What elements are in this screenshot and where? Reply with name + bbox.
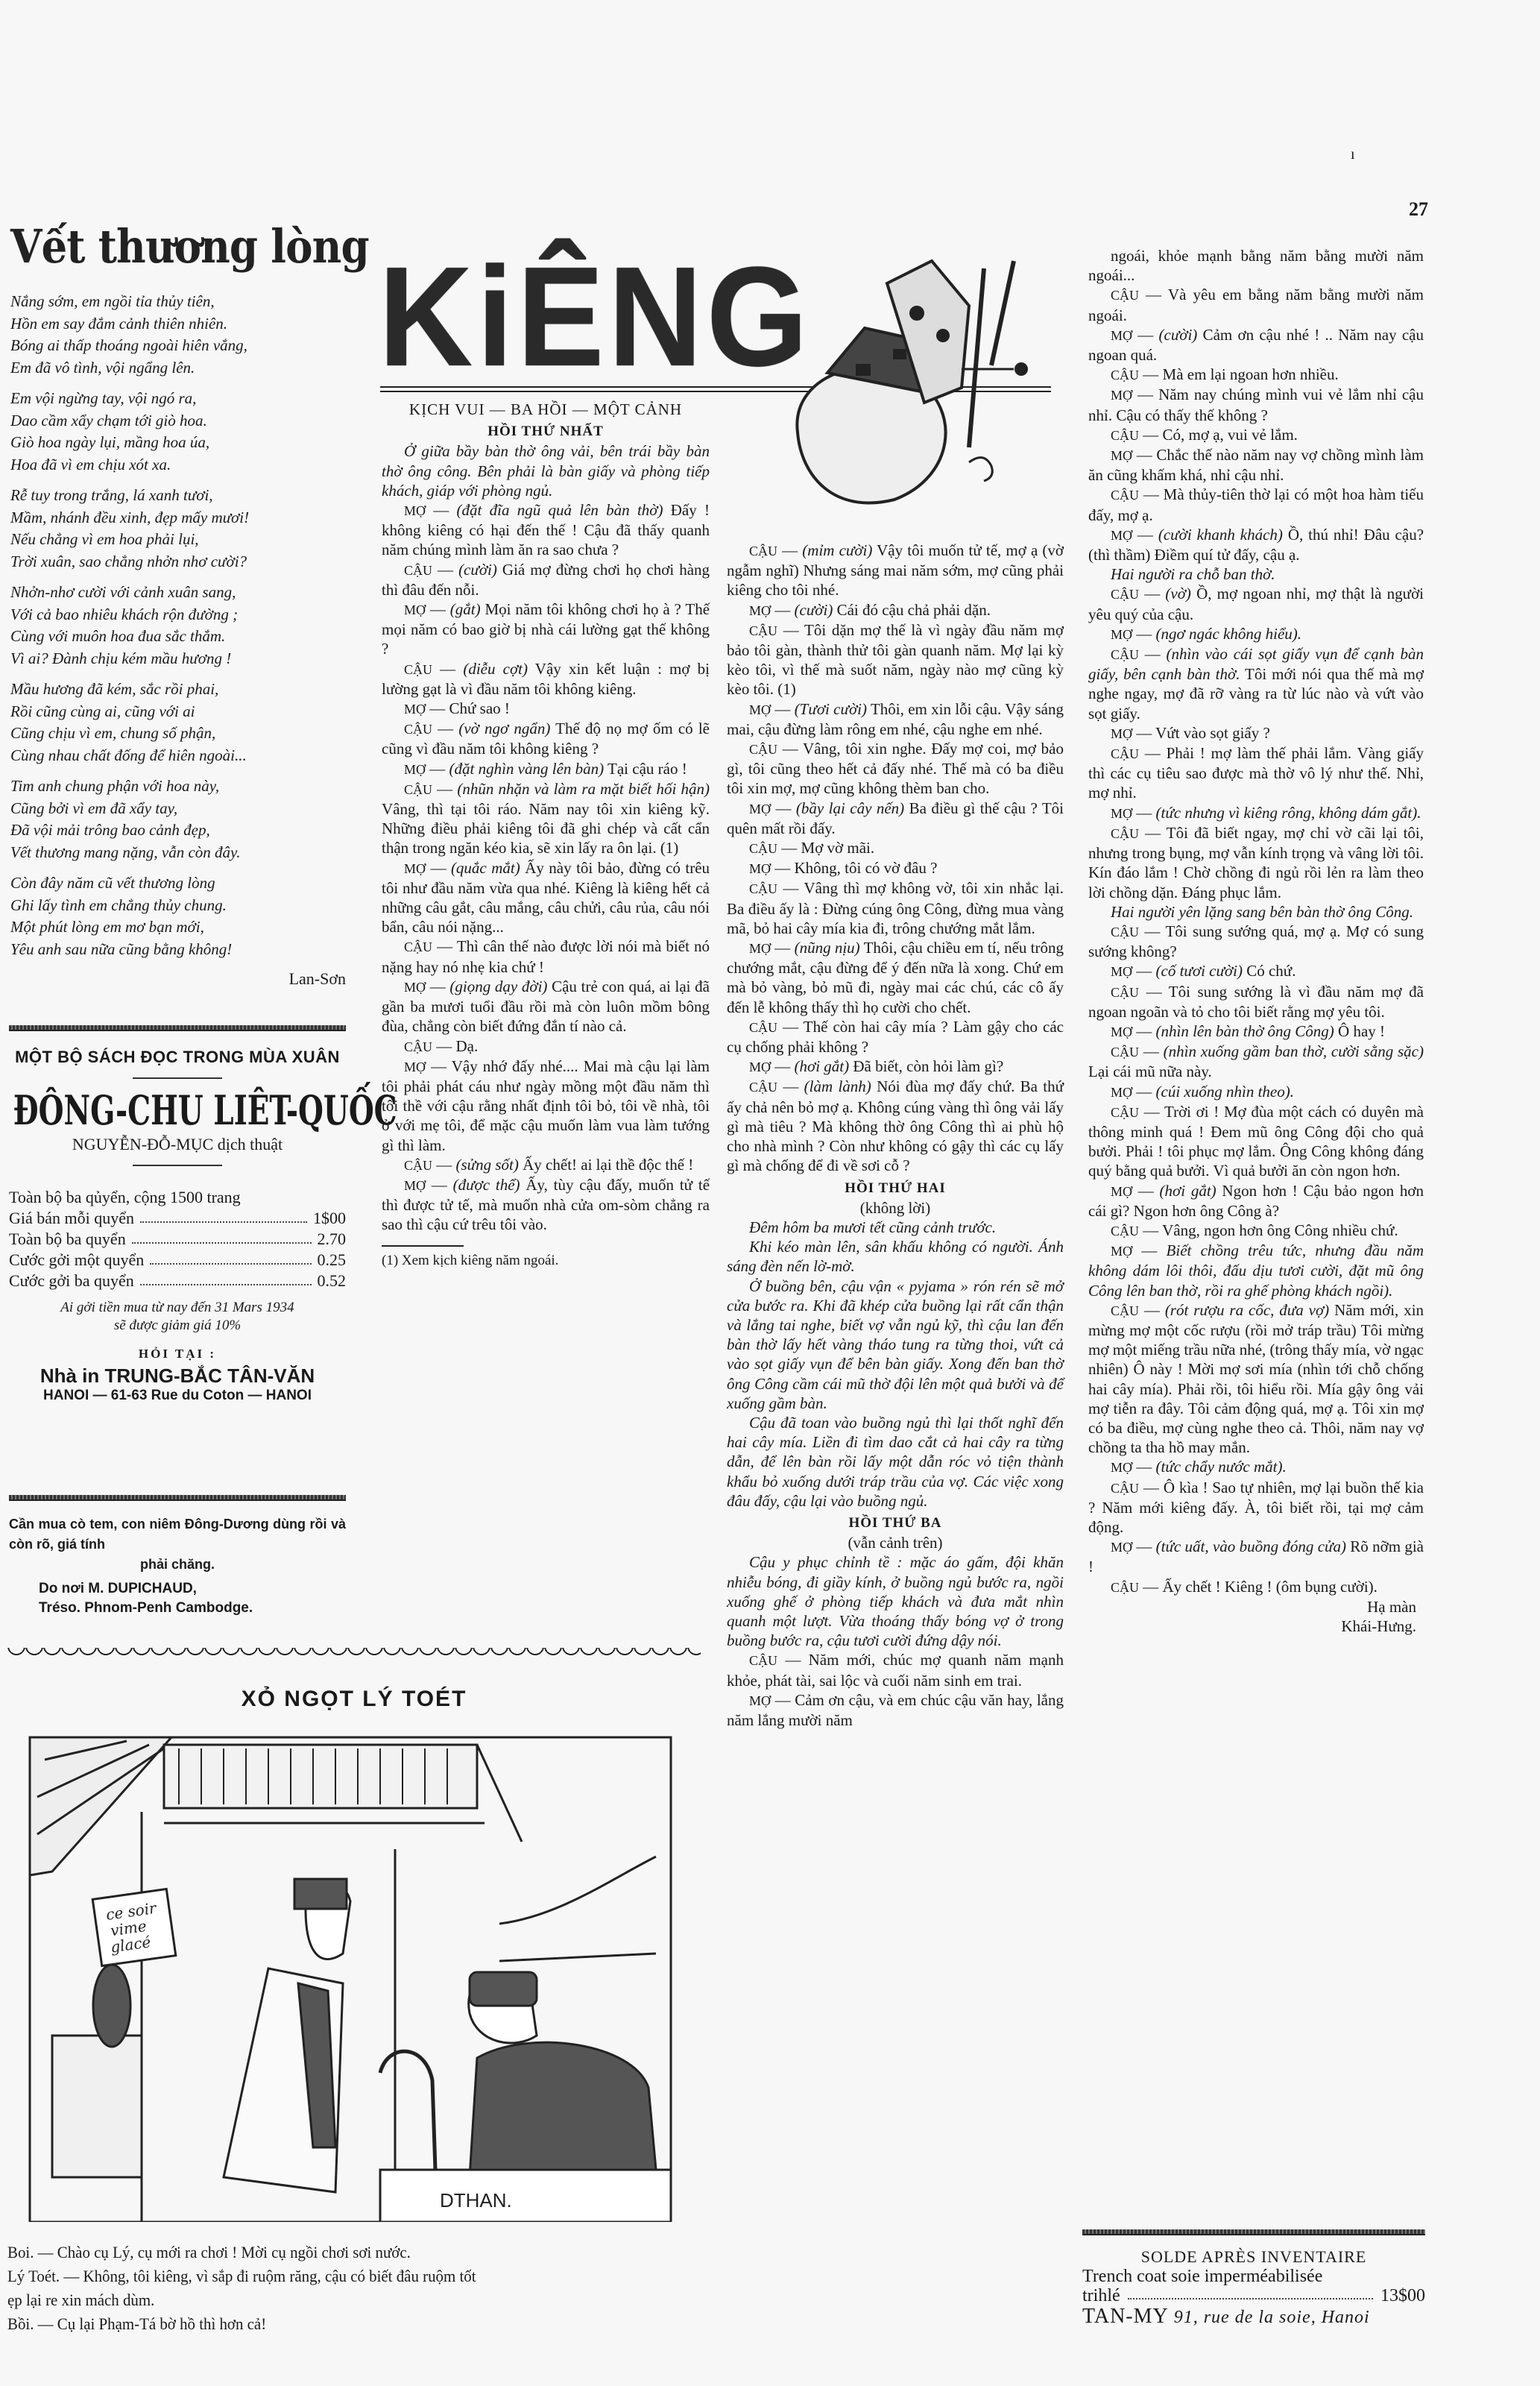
dialogue-line: MỢ — Chắc thế nào năm nay vợ chồng mình … (1088, 445, 1424, 485)
act-3-note: (vẫn cảnh trên) (727, 1533, 1064, 1552)
dialogue-line: MỢ — Vứt vào sọt giấy ? (1088, 723, 1424, 743)
stamp-ad-body-end: phải chăng. (9, 1555, 346, 1575)
speaker-label: MỢ (749, 1693, 771, 1708)
dialogue-line: CẬU — Tôi sung sướng là vì đầu năm mợ đã… (1088, 982, 1424, 1022)
poem-line: Cũng bởi vì em đã xẩy tay, (10, 798, 346, 820)
poem-line: Vì ai? Đành chịu kém mầu hương ! (10, 648, 346, 670)
stamp-advertisement: Cần mua cò tem, con niêm Đông-Dương dùng… (9, 1495, 346, 1618)
dialogue-text: Ấy, tùy cậu đấy, muốn tử tế thì được tử … (382, 1176, 710, 1233)
cartoon-illustration-icon: ce soir vime glacé DTHAN. (22, 1730, 678, 2222)
speaker-label: CẬU (1111, 1224, 1139, 1238)
discount-note: Ai gởi tiền mua từ nay đến 31 Mars 1934 … (9, 1299, 346, 1335)
leader-dots (140, 1208, 307, 1223)
poem-author: Lan-Sơn (10, 968, 346, 990)
speaker-label: CẬU (749, 1653, 777, 1668)
act-2-paragraph: Khi kéo màn lên, sân khấu không có người… (727, 1237, 1064, 1276)
price-label: Toàn bộ ba quyển (9, 1229, 126, 1250)
dialogue-line: Hai người ra chỗ ban thờ. (1088, 564, 1424, 584)
dialogue-line: MỢ — Biết chồng trêu tức, nhưng đầu năm … (1088, 1241, 1424, 1300)
stage-direction: (cười khanh khách) (1158, 526, 1283, 544)
speaker-label: CẬU (1111, 1105, 1139, 1120)
dialogue-line: MỢ — (ngơ ngác không hiểu). (1088, 624, 1424, 644)
poem-stanza: Nắng sớm, em ngồi tỉa thủy tiên,Hồn em s… (10, 291, 346, 379)
dialogue-text: Thế còn hai cây mía ? Làm gậy cho các cụ… (727, 1018, 1064, 1056)
speaker-label: CẬU (749, 881, 777, 896)
margin-mark: ı (1351, 146, 1355, 163)
stage-direction: (mỉm cười) (802, 541, 872, 559)
dialogue-text: Vâng, thì tại tôi ráo. Năm nay tôi xin k… (382, 800, 710, 857)
coat-ad-price: 13$00 (1380, 2286, 1425, 2305)
dialogue-line: MỢ — (cố tươi cười) Có chứ. (1088, 961, 1424, 981)
price-intro-text: Toàn bộ ba qủyển, cộng 1500 trang (9, 1187, 241, 1208)
coat-ad-headline: SOLDE APRÈS INVENTAIRE (1082, 2247, 1425, 2267)
ornamental-divider (9, 1495, 346, 1501)
speaker-label: CẬU (404, 782, 432, 797)
cartoon-caption: Boi. — Chào cụ Lý, cụ mới ra chơi ! Mời … (7, 2241, 666, 2336)
speaker-label: CẬU (1111, 488, 1139, 503)
poem-stanza: Mầu hương đã kém, sắc rồi phai,Rồi cũng … (10, 679, 346, 767)
speaker-label: MỢ (1111, 1460, 1132, 1475)
dialogue-line: MỢ — Vậy nhớ đấy nhé.... Mai mà cậu lại … (382, 1057, 710, 1155)
act-1-heading: HỒI THỨ NHẤT (382, 422, 710, 441)
speaker-label: CẬU (1111, 368, 1139, 383)
speaker-label: MỢ (749, 702, 771, 717)
poem-line: Trời xuân, sao chẳng nhởn nhơ cười? (10, 551, 346, 573)
dialogue-line: CẬU — Vâng, tôi xin nghe. Đấy mợ coi, mợ… (727, 739, 1064, 799)
poem-line: Bóng ai thấp thoáng ngoài hiên vắng, (10, 335, 346, 357)
stage-direction: (nũng nịu) (795, 939, 860, 957)
poem-line: Rồi cũng cùng ai, cũng với ai (10, 701, 346, 723)
dialogue-line: CẬU — (diễu cợt) Vậy xin kết luận : mợ b… (382, 659, 710, 699)
price-row: Cước gởi một quyển0.25 (9, 1250, 346, 1271)
dialogue-line: MỢ — (đặt đĩa ngũ quả lên bàn thờ) Đấy !… (382, 500, 710, 560)
dialogue-line: CẬU — Mà em lại ngoan hơn nhiều. (1088, 365, 1424, 385)
speaker-label: MỢ (404, 602, 426, 617)
cartoon-title: XỎ NGỌT LÝ TOÉT (7, 1687, 701, 1712)
speaker-label: CẬU (404, 662, 432, 677)
discount-note-line: sẽ được giảm giá 10% (9, 1317, 346, 1335)
dialogue-line: CẬU — Dạ. (382, 1036, 710, 1057)
dialogue-text: Mợ vờ mãi. (801, 839, 875, 857)
speaker-label: MỢ (404, 1178, 426, 1193)
dialogue-text: Vâng, tôi xin nghe. Đấy mợ coi, mợ bảo g… (727, 740, 1064, 797)
speaker-label: MỢ (1111, 1024, 1132, 1039)
poem-line: Hồn em say đắm cảnh thiên nhiên. (10, 313, 346, 336)
dialogue-text: Ấy chết! ai lại thề độc thế ! (523, 1156, 693, 1174)
speaker-label: MỢ (404, 503, 426, 518)
dialogue-line: CẬU — (rót rượu ra cốc, đưa vợ) Năm mới,… (1088, 1300, 1424, 1458)
dialogue-text: Thôi, cậu chiều em tí, nếu trông chướng … (727, 939, 1064, 1016)
dialogue-line: CẬU — Ô kìa ! Sao tự nhiên, mợ lại buồn … (1088, 1478, 1424, 1537)
stage-direction: Hai người yên lặng sang bên bàn thờ ông … (1111, 903, 1413, 921)
coat-ad-shop: TAN-MY 91, rue de la soie, Hanoi (1082, 2305, 1425, 2329)
leader-dots (140, 1271, 312, 1285)
poem-line: Một phút lòng em mơ bạn mới, (10, 916, 346, 939)
stage-direction: (gắt) (450, 600, 481, 618)
act-3-setting: Cậu y phục chỉnh tề : mặc áo gấm, đội kh… (727, 1552, 1064, 1650)
dialogue-text: ngoái, khỏe mạnh bằng năm bằng mười năm … (1088, 247, 1424, 284)
dialogue-line: CẬU — Mà thủy-tiên thờ lại có một hoa hà… (1088, 485, 1424, 524)
curtain-note: Hạ màn (1088, 1597, 1424, 1617)
dialogue-text: Năm mới, chúc mợ quanh năm mạnh khỏe, ph… (727, 1651, 1064, 1689)
ornamental-divider (9, 1025, 346, 1031)
stage-direction: (rót rượu ra cốc, đưa vợ) (1165, 1301, 1329, 1319)
poem-stanza: Rễ tuy trong trắng, lá xanh tươi,Mầm, nh… (10, 485, 346, 573)
dialogue-text: Thôi, em xin lỗi cậu. Vậy sáng mai, cậu … (727, 700, 1064, 738)
dialogue-line: CẬU — Tôi dặn mợ thế là vì ngày đầu năm … (727, 620, 1064, 699)
stage-direction: (cười) (458, 561, 497, 579)
caption-line: Lý Toét. — Không, tôi kiêng, vì sắp đi r… (7, 2264, 666, 2288)
dialogue-line: MỢ — Không, tôi có vờ đâu ? (727, 858, 1064, 878)
speaker-label: MỢ (749, 861, 771, 876)
stage-direction: (hơi gắt) (1160, 1182, 1216, 1200)
poem-line: Mầm, nhánh đều xinh, đẹp mấy mươi! (10, 507, 346, 529)
dialogue-text: Không, tôi có vờ đâu ? (795, 859, 938, 877)
price-label: Cước gởi một quyển (9, 1250, 144, 1271)
contact-line: Do nơi M. DUPICHAUD, (39, 1579, 346, 1599)
dialogue-text: Đã biết, còn hỏi làm gì? (853, 1057, 1003, 1075)
dialogue-text: Cảm ơn cậu, và em chúc cậu văn hay, lắng… (727, 1691, 1064, 1729)
dialogue-line: CẬU — (vờ) Ồ, mợ ngoan nhỉ, mợ thật là n… (1088, 584, 1424, 623)
dialogue-line: MỢ — (gắt) Mọi năm tôi không chơi họ à ?… (382, 599, 710, 659)
poem-line: Còn đây năm cũ vết thương lòng (10, 872, 346, 895)
contact-line: Tréso. Phnom-Penh Cambodge. (39, 1599, 346, 1618)
dialogue-line: CẬU — (vờ ngơ ngẩn) Thế độ nọ mợ ốm có l… (382, 719, 710, 758)
price-intro: Toàn bộ ba qủyển, cộng 1500 trang (9, 1187, 346, 1208)
speaker-label: CẬU (1111, 985, 1139, 1000)
speaker-label: MỢ (1111, 964, 1132, 979)
dialogue-line: MỢ — (bầy lại cây nến) Ba điều gì thế cậ… (727, 799, 1064, 838)
dialogue-text: Ngon hơn ! Cậu bảo ngon hơn cái gì? Ngon… (1088, 1182, 1424, 1220)
stage-direction: (được thể) (453, 1176, 520, 1194)
speaker-label: CẬU (749, 1080, 777, 1095)
poem-line: Cùng nhau chất đống để hiên ngoài... (10, 745, 346, 767)
dialogue-line: MỢ — (giọng dạy đời) Cậu trẻ con quá, ai… (382, 977, 710, 1036)
dialogue-line: CẬU — Vâng, ngon hơn ông Công nhiều chứ. (1088, 1221, 1424, 1241)
speaker-label: CẬU (749, 1020, 777, 1035)
coat-advertisement: SOLDE APRÈS INVENTAIRE Trench coat soie … (1082, 2229, 1425, 2329)
speaker-label: CẬU (1111, 1303, 1139, 1318)
dialogue-text: Ồ, mợ ngoan nhỉ, mợ thật là người yêu qu… (1088, 585, 1424, 623)
dialogue-line: MỢ — Chứ sao ! (382, 699, 710, 719)
stage-direction: (bầy lại cây nến) (796, 799, 904, 817)
page-number: 27 (1409, 198, 1428, 221)
poem-line: Em vội ngừng tay, vội ngó ra, (10, 388, 346, 410)
poem-body: Nắng sớm, em ngồi tỉa thủy tiên,Hồn em s… (10, 291, 346, 990)
price-table: Toàn bộ ba qủyển, cộng 1500 trang Giá bá… (9, 1187, 346, 1291)
caption-line: ẹp lại re xin mách dùm. (7, 2288, 666, 2312)
dialogue-text: Năm mới, xin mừng mợ một cốc rượu (rồi m… (1088, 1301, 1424, 1456)
stage-direction: (tức chẩy nước mắt). (1156, 1458, 1287, 1476)
poem-line: Vết thương mang nặng, vẫn còn đây. (10, 842, 346, 864)
speaker-label: MỢ (749, 603, 771, 618)
speaker-label: CẬU (404, 1158, 432, 1173)
dialogue-line: CẬU — Tôi đã biết ngay, mợ chỉ vờ cãi lạ… (1088, 823, 1424, 902)
coat-ad-item-2: trihlé (1082, 2286, 1120, 2305)
stamp-ad-contact: Do nơi M. DUPICHAUD, Tréso. Phnom-Penh C… (9, 1579, 346, 1618)
dialogue-text: Dạ. (456, 1037, 479, 1055)
dialogue-line: CẬU — (sửng sốt) Ấy chết! ai lại thề độc… (382, 1155, 710, 1175)
play-column-4: ngoái, khỏe mạnh bằng năm bằng mười năm … (1088, 246, 1424, 1636)
leader-dots (150, 1250, 311, 1265)
speaker-label: MỢ (1111, 806, 1132, 821)
speaker-label: MỢ (1111, 627, 1132, 642)
coat-ad-item: Trench coat soie imperméabilisée (1082, 2267, 1425, 2286)
dialogue-line: MỢ — (hơi gắt) Đã biết, còn hỏi làm gì? (727, 1057, 1064, 1077)
dialogue-line: MỢ — (quắc mắt) Ấy này tôi bảo, đừng có … (382, 858, 710, 937)
speaker-label: MỢ (1111, 388, 1132, 403)
discount-note-line: Ai gởi tiền mua từ nay đến 31 Mars 1934 (9, 1299, 346, 1317)
speaker-label: CẬU (749, 841, 777, 856)
speaker-label: CẬU (404, 1039, 432, 1054)
ask-at-label: HỎI TẠI : (9, 1347, 346, 1362)
dialogue-text: Chứ sao ! (449, 699, 510, 717)
stage-direction: (quắc mắt) (451, 859, 520, 877)
stage-direction: (tức nhưng vì kiêng rông, không dám gắt)… (1156, 804, 1421, 822)
speaker-label: MỢ (404, 702, 426, 717)
poem-line: Cùng với muôn hoa đua sắc thắm. (10, 626, 346, 648)
dialogue-line: CẬU — (nhũn nhặn và làm ra mặt biết hối … (382, 779, 710, 858)
stage-direction: (nhìn lên bàn thờ ông Công) (1156, 1022, 1334, 1040)
book-translator: NGUYỄN-ĐỖ-MỤC dịch thuật (9, 1135, 346, 1154)
dialogue-line: MỢ — (hơi gắt) Ngon hơn ! Cậu bảo ngon h… (1088, 1181, 1424, 1221)
speaker-label: CẬU (1111, 1481, 1139, 1496)
stage-direction: Biết chồng trêu tức, nhưng đầu năm không… (1088, 1241, 1424, 1299)
dialogue-line: MỢ — (nhìn lên bàn thờ ông Công) Ô hay ! (1088, 1022, 1424, 1042)
speaker-label: CẬU (1111, 826, 1139, 841)
speaker-label: CẬU (1111, 1045, 1139, 1060)
stage-direction: (tức uất, vào buồng đóng cửa) (1156, 1537, 1346, 1555)
speaker-label: CẬU (749, 623, 777, 638)
stage-direction: (cúi xuống nhìn theo). (1156, 1083, 1294, 1101)
poem-line: Rễ tuy trong trắng, lá xanh tươi, (10, 485, 346, 507)
dialogue-line: MỢ — Cảm ơn cậu, và em chúc cậu văn hay,… (727, 1690, 1064, 1730)
dialogue-line: CẬU — Trời ơi ! Mợ đùa một cách có duyên… (1088, 1102, 1424, 1181)
speaker-label: CẬU (1111, 1580, 1139, 1595)
ornamental-divider (1082, 2229, 1425, 2235)
stage-direction: (Tươi cười) (795, 700, 867, 718)
dialogue-line: MỢ — (nũng nịu) Thôi, cậu chiều em tí, n… (727, 938, 1064, 1017)
dialogue-line: CẬU — Năm mới, chúc mợ quanh năm mạnh kh… (727, 1650, 1064, 1690)
stage-setting: Ở giữa bầy bàn thờ ông vải, bên trái bầy… (382, 441, 710, 500)
speaker-label: MỢ (404, 980, 426, 995)
speaker-label: CẬU (1111, 746, 1139, 761)
act-2-note: (không lời) (727, 1198, 1064, 1218)
price-value: 2.70 (318, 1229, 347, 1250)
act-2-heading: HỒI THỨ HAI (727, 1179, 1064, 1198)
dialogue-line: CẬU — (nhìn vào cái sọt giấy vụn để cạnh… (1088, 644, 1424, 723)
dialogue-text: Ô kìa ! Sao tự nhiên, mợ lại buồn thế ki… (1088, 1479, 1424, 1536)
play-column-2: KỊCH VUI — BA HỒI — MỘT CẢNH HỒI THỨ NHẤ… (382, 400, 710, 1271)
dialogue-text: Mọi năm tôi không chơi họ à ? Thế mọi nă… (382, 600, 710, 658)
pomelo-illustration-icon (745, 239, 1073, 559)
dialogue-text: Phải ! mợ làm thế phải lắm. Vàng giấy th… (1088, 744, 1424, 802)
dialogue-line: MỢ — (Tươi cười) Thôi, em xin lỗi cậu. V… (727, 699, 1064, 739)
dialogue-line: MỢ — (được thể) Ấy, tùy cậu đấy, muốn tử… (382, 1175, 710, 1235)
leader-dots (1128, 2286, 1373, 2300)
stage-direction: (cười) (795, 601, 833, 619)
stage-direction: (cười) (1159, 326, 1198, 344)
dialogue-text: Có chứ. (1246, 962, 1296, 980)
dialogue-text: Chắc thế nào năm nay vợ chồng mình làm ă… (1088, 446, 1424, 484)
speaker-label: MỢ (404, 861, 426, 876)
dialogue-text: Mà em lại ngoan hơn nhiều. (1163, 365, 1339, 383)
dialogue-line: CẬU — (nhìn xuống gầm ban thờ, cười sằng… (1088, 1042, 1424, 1081)
poem-line: Cũng chịu vì em, chung số phận, (10, 723, 346, 745)
price-row: Giá bán mỗi quyển1$00 (9, 1208, 346, 1229)
speaker-label: MỢ (1111, 726, 1132, 741)
speaker-label: MỢ (1111, 328, 1132, 343)
dialogue-line: MỢ — (đặt nghìn vàng lên bàn) Tại cậu rá… (382, 759, 710, 779)
dialogue-line: MỢ — (cúi xuống nhìn theo). (1088, 1082, 1424, 1102)
poem-stanza: Tim anh chung phận với hoa này,Cũng bởi … (10, 775, 346, 863)
dialogue-line: Hai người yên lặng sang bên bàn thờ ông … (1088, 902, 1424, 922)
footnote-rule (382, 1245, 464, 1247)
poem-line: Nếu chẳng vì em hoa phải lụi, (10, 529, 346, 551)
poem-line: Em đã vô tình, vội ngẩng lên. (10, 357, 346, 380)
play-subtitle: KỊCH VUI — BA HỒI — MỘT CẢNH (382, 400, 710, 419)
dialogue-text: Lại cái mũ nữa này. (1088, 1063, 1212, 1080)
dialogue-text: Mà thủy-tiên thờ lại có một hoa hàm tiếu… (1088, 485, 1424, 523)
act-3-heading: HỒI THỨ BA (727, 1514, 1064, 1533)
dialogue-line: ngoái, khỏe mạnh bằng năm bằng mười năm … (1088, 246, 1424, 285)
act-2-paragraph: Cậu đã toan vào buồng ngủ thì lại thốt n… (727, 1413, 1064, 1511)
speaker-label: MỢ (1111, 1244, 1132, 1259)
play-author: Khái-Hưng. (1088, 1617, 1424, 1636)
dialogue-text: Vứt vào sọt giấy ? (1155, 724, 1270, 742)
dialogue-line: MỢ — (tức chẩy nước mắt). (1088, 1457, 1424, 1477)
poem-line: Ghi lấy tình em chẳng thủy chung. (10, 895, 346, 917)
stage-direction: (giọng dạy đời) (449, 978, 547, 995)
stage-direction: (sửng sốt) (456, 1156, 519, 1174)
poem-stanza: Còn đây năm cũ vết thương lòngGhi lấy tì… (10, 872, 346, 960)
price-value: 1$00 (313, 1208, 346, 1229)
price-value: 0.25 (318, 1250, 347, 1271)
dialogue-text: Tôi sung sướng là vì đầu năm mợ đã ngoan… (1088, 983, 1424, 1021)
poem-stanza: Nhởn-nhơ cười với cảnh xuân sang,Với cả … (10, 582, 346, 670)
stage-direction: (diễu cợt) (463, 660, 528, 678)
speaker-label: MỢ (1111, 1085, 1132, 1100)
stage-direction: (cố tươi cười) (1156, 962, 1243, 980)
play-column-3: CẬU — (mỉm cười) Vậy tôi muốn tử tế, mợ … (727, 541, 1064, 1730)
stage-direction: (làm lành) (804, 1077, 871, 1095)
caption-line: Boi. — Chào cụ Lý, cụ mới ra chơi ! Mời … (7, 2241, 666, 2264)
dialogue-text: Vậy nhớ đấy nhé.... Mai mà cậu lại làm t… (382, 1057, 710, 1154)
leader-dots (132, 1229, 312, 1244)
speaker-label: MỢ (1111, 528, 1132, 543)
dialogue-text: Nói đùa mợ đấy chứ. Ba thứ ấy chả nên bỏ… (727, 1077, 1064, 1174)
artist-signature: DTHAN. (440, 2189, 512, 2212)
dialogue-text: Và yêu em bằng năm bằng mười năm ngoái. (1088, 286, 1424, 324)
dialogue-line: CẬU — Thì cân thế nào được lời nói mà bi… (382, 937, 710, 976)
stage-direction: (nhìn xuống gầm ban thờ, cười sằng sặc) (1164, 1042, 1424, 1060)
speaker-label: CẬU (404, 563, 432, 578)
stage-direction: Hai người ra chỗ ban thờ. (1111, 565, 1275, 583)
dialogue-line: MỢ — (tức uất, vào buồng đóng cửa) Rõ nỡ… (1088, 1537, 1424, 1576)
dialogue-line: CẬU — Tôi sung sướng quá, mợ ạ. Mợ có su… (1088, 922, 1424, 961)
price-label: Cước gởi ba quyển (9, 1271, 134, 1291)
price-row: Cước gởi ba quyển0.52 (9, 1271, 346, 1291)
speaker-label: CẬU (1111, 428, 1139, 443)
stamp-ad-body: Cần mua cò tem, con niêm Đông-Dương dùng… (9, 1514, 346, 1555)
coat-ad-price-row: trihlé 13$00 (1082, 2286, 1425, 2305)
poem-line: Yêu anh sau nữa cũng bằng không! (10, 939, 346, 961)
dialogue-text: Ấy này tôi bảo, đừng có trêu tôi như đầu… (382, 859, 710, 937)
poem-stanza: Em vội ngừng tay, vội ngó ra,Dao cầm xẩy… (10, 388, 346, 476)
poem-line: Nhởn-nhơ cười với cảnh xuân sang, (10, 582, 346, 604)
speaker-label: CẬU (749, 742, 777, 757)
speaker-label: CẬU (1111, 288, 1139, 303)
dialogue-line: MỢ — (tức nhưng vì kiêng rông, không dám… (1088, 803, 1424, 823)
speaker-label: MỢ (404, 762, 426, 777)
dialogue-text: Vậy tôi muốn tử tế, mợ ạ (vờ ngẫm nghĩ) … (727, 541, 1064, 599)
dialogue-text: Ô hay ! (1338, 1022, 1385, 1040)
dialogue-line: CẬU — (làm lành) Nói đùa mợ đấy chứ. Ba … (727, 1077, 1064, 1175)
book-title: ĐÔNG-CHU LIÊT-QUỐC (13, 1089, 342, 1132)
ad-headline: MỘT BỘ SÁCH ĐỌC TRONG MÙA XUÂN (9, 1048, 346, 1067)
coat-shop-name: TAN-MY (1082, 2305, 1168, 2328)
poem-title: Vết thương lòng (10, 224, 306, 270)
dialogue-line: CẬU — Ấy chết ! Kiêng ! (ôm bụng cười). (1088, 1577, 1424, 1597)
speaker-label: MỢ (749, 941, 771, 956)
book-advertisement: MỘT BỘ SÁCH ĐỌC TRONG MÙA XUÂN ĐÔNG-CHU … (9, 1025, 346, 1404)
poem-line: Dao cầm xẩy chạm tới giò hoa. (10, 410, 346, 432)
speaker-label: CẬU (1111, 647, 1139, 662)
dialogue-line: MỢ — (cười) Cái đó cậu chả phải dặn. (727, 600, 1064, 620)
ornament-divider (133, 1077, 222, 1079)
speaker-label: MỢ (749, 802, 771, 816)
coat-shop-address: 91, rue de la soie, Hanoi (1174, 2308, 1370, 2327)
dialogue-line: CẬU — Mợ vờ mãi. (727, 838, 1064, 858)
dialogue-line: MỢ — Năm nay chúng mình vui vẻ lắm nhỉ c… (1088, 385, 1424, 424)
poem-line: Đã vội mải trông bao cảnh đẹp, (10, 819, 346, 842)
dialogue-line: CẬU — Có, mợ ạ, vui vẻ lắm. (1088, 425, 1424, 445)
dialogue-line: MỢ — (cười) Cảm ơn cậu nhé ! .. Năm nay … (1088, 325, 1424, 365)
stage-direction: (vờ ngơ ngẩn) (458, 720, 550, 737)
stage-direction: (đặt nghìn vàng lên bàn) (449, 760, 605, 778)
speaker-label: CẬU (749, 544, 777, 558)
stage-direction: (nhũn nhặn và làm ra mặt biết hối hận) (457, 780, 710, 798)
poem-line: Tim anh chung phận với hoa này, (10, 775, 346, 798)
stage-direction: (vờ) (1165, 585, 1191, 602)
dialogue-text: Vâng thì mợ không vờ, tôi xin nhắc lại. … (727, 879, 1064, 937)
footnote: (1) Xem kịch kiêng năm ngoái. (382, 1251, 710, 1271)
shop-address: HANOI — 61-63 Rue du Coton — HANOI (9, 1388, 346, 1404)
dialogue-line: CẬU — (mỉm cười) Vậy tôi muốn tử tế, mợ … (727, 541, 1064, 600)
speaker-label: MỢ (1111, 448, 1132, 463)
dialogue-line: CẬU — Phải ! mợ làm thế phải lắm. Vàng g… (1088, 743, 1424, 803)
caption-line: Bồi. — Cụ lại Phạm-Tá bờ hồ thì hơn cả! (7, 2312, 666, 2336)
act-2-paragraph: Ở buồng bên, cậu vận « pyjama » rón rén … (727, 1277, 1064, 1413)
dialogue-text: Cảm ơn cậu nhé ! .. Năm nay cậu ngoan qu… (1088, 326, 1424, 364)
dialogue-text: Tôi dặn mợ thế là vì ngày đầu năm mợ bảo… (727, 621, 1064, 699)
dialogue-line: CẬU — (cười) Giá mợ đừng chơi họ chơi hà… (382, 560, 710, 599)
ornament-divider (133, 1165, 222, 1166)
dialogue-text: Tôi sung sướng quá, mợ ạ. Mợ có sung sướ… (1088, 922, 1424, 960)
speaker-label: MỢ (749, 1060, 771, 1074)
price-row: Toàn bộ ba quyển2.70 (9, 1229, 346, 1250)
poem-line: Với cả bao nhiêu khách rộn đường ; (10, 604, 346, 626)
dialogue-text: Vâng, ngon hơn ông Công nhiều chứ. (1162, 1221, 1398, 1239)
dialogue-text: Tôi đã biết ngay, mợ chỉ vờ cãi lại tôi,… (1088, 824, 1424, 901)
speaker-label: MỢ (1111, 1540, 1132, 1555)
dialogue-text: Trời ơi ! Mợ đùa một cách có duyên mà th… (1088, 1103, 1424, 1180)
dialogue-line: CẬU — Vâng thì mợ không vờ, tôi xin nhắc… (727, 878, 1064, 938)
dialogue-text: Cái đó cậu chả phải dặn. (837, 601, 991, 619)
speaker-label: MỢ (404, 1060, 426, 1074)
speaker-label: MỢ (1111, 1184, 1132, 1199)
price-value: 0.52 (318, 1271, 347, 1291)
